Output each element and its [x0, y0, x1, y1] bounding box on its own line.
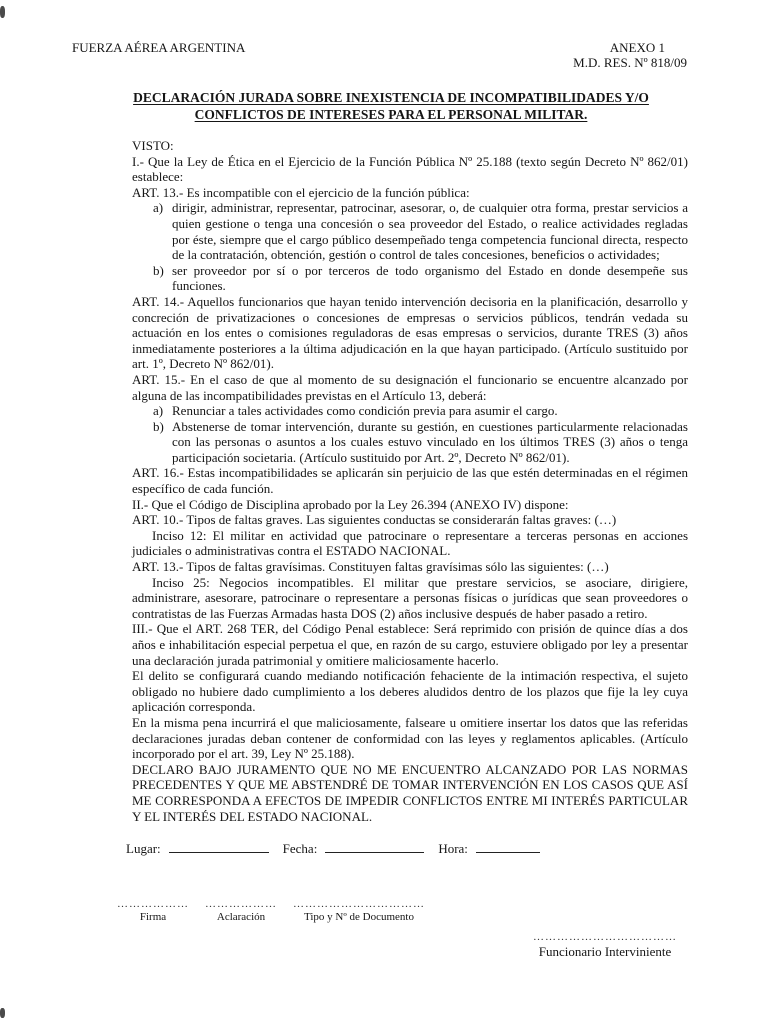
paragraph: III.- Que el ART. 268 TER, del Código Pe… [132, 621, 688, 668]
dotted-line-firma: ……………… [117, 899, 189, 910]
dotted-line-funcionario: ……………………………… [533, 932, 677, 943]
firma-label: Firma [140, 911, 166, 924]
annex-label: ANEXO 1 [573, 40, 687, 55]
paragraph: ART. 13.- Es incompatible con el ejercic… [132, 185, 688, 201]
hora-label: Hora: [438, 841, 468, 856]
scan-artifact [0, 1008, 5, 1018]
paragraph: El delito se configurará cuando mediando… [132, 668, 688, 715]
list-item-text: Abstenerse de tomar intervención, durant… [172, 419, 688, 466]
paragraph: ART. 13.- Tipos de faltas gravísimas. Co… [132, 559, 688, 575]
document-body: VISTO:I.- Que la Ley de Ética en el Ejer… [132, 138, 688, 824]
signature-field-firma: ……………… Firma [117, 899, 189, 924]
header-right-block: ANEXO 1 M.D. RES. Nº 818/09 [573, 40, 687, 70]
scan-artifact [0, 6, 5, 18]
paragraph: ART. 10.- Tipos de faltas graves. Las si… [132, 512, 688, 528]
documento-label: Tipo y Nº de Documento [304, 911, 414, 924]
list-item: a)dirigir, administrar, representar, pat… [132, 200, 688, 262]
paragraph: Inciso 25: Negocios incompatibles. El mi… [132, 575, 688, 622]
fecha-label: Fecha: [283, 841, 318, 856]
dotted-line-aclaracion: ……………… [205, 899, 277, 910]
list-item: a)Renunciar a tales actividades como con… [132, 403, 688, 419]
title-line-1: DECLARACIÓN JURADA SOBRE INEXISTENCIA DE… [72, 89, 710, 106]
list-marker: b) [153, 419, 172, 466]
funcionario-label: Funcionario Interviniente [539, 944, 672, 959]
list-item-text: dirigir, administrar, representar, patro… [172, 200, 688, 262]
signature-row: ……………… Firma ……………… Aclaración ………………………… [117, 899, 770, 924]
dotted-line-documento: …………………………… [293, 899, 425, 910]
paragraph: Inciso 12: El militar en actividad que p… [132, 528, 688, 559]
list-item-text: ser proveedor por sí o por terceros de t… [172, 263, 688, 294]
paragraph: VISTO: [132, 138, 688, 154]
form-fields-row: Lugar:Fecha:Hora: [126, 840, 688, 857]
org-name: FUERZA AÉREA ARGENTINA [72, 40, 245, 55]
list-item: b)Abstenerse de tomar intervención, dura… [132, 419, 688, 466]
paragraph: ART. 14.- Aquellos funcionarios que haya… [132, 294, 688, 372]
list-marker: a) [153, 200, 172, 262]
paragraph: I.- Que la Ley de Ética en el Ejercicio … [132, 154, 688, 185]
title-line-2: CONFLICTOS DE INTERESES PARA EL PERSONAL… [72, 106, 710, 123]
paragraph: ART. 16.- Estas incompatibilidades se ap… [132, 465, 688, 496]
document-title: DECLARACIÓN JURADA SOBRE INEXISTENCIA DE… [72, 89, 710, 123]
list-marker: a) [153, 403, 172, 419]
paragraph: ART. 15.- En el caso de que al momento d… [132, 372, 688, 403]
fecha-blank-line [325, 840, 424, 853]
list-item-text: Renunciar a tales actividades como condi… [172, 403, 688, 419]
resolution-number: M.D. RES. Nº 818/09 [573, 55, 687, 70]
hora-blank-line [476, 840, 540, 853]
lugar-blank-line [169, 840, 269, 853]
list-marker: b) [153, 263, 172, 294]
aclaracion-label: Aclaración [217, 911, 265, 924]
paragraph: En la misma pena incurrirá el que malici… [132, 715, 688, 762]
signature-field-documento: …………………………… Tipo y Nº de Documento [293, 899, 425, 924]
lugar-label: Lugar: [126, 841, 161, 856]
document-header: FUERZA AÉREA ARGENTINA ANEXO 1 M.D. RES.… [72, 40, 687, 70]
list-item: b)ser proveedor por sí o por terceros de… [132, 263, 688, 294]
signature-field-aclaracion: ……………… Aclaración [205, 899, 277, 924]
signature-field-funcionario: ……………………………… Funcionario Interviniente [533, 932, 677, 959]
paragraph: II.- Que el Código de Disciplina aprobad… [132, 497, 688, 513]
paragraph: DECLARO BAJO JURAMENTO QUE NO ME ENCUENT… [132, 762, 688, 824]
document-page: FUERZA AÉREA ARGENTINA ANEXO 1 M.D. RES.… [0, 0, 770, 1024]
